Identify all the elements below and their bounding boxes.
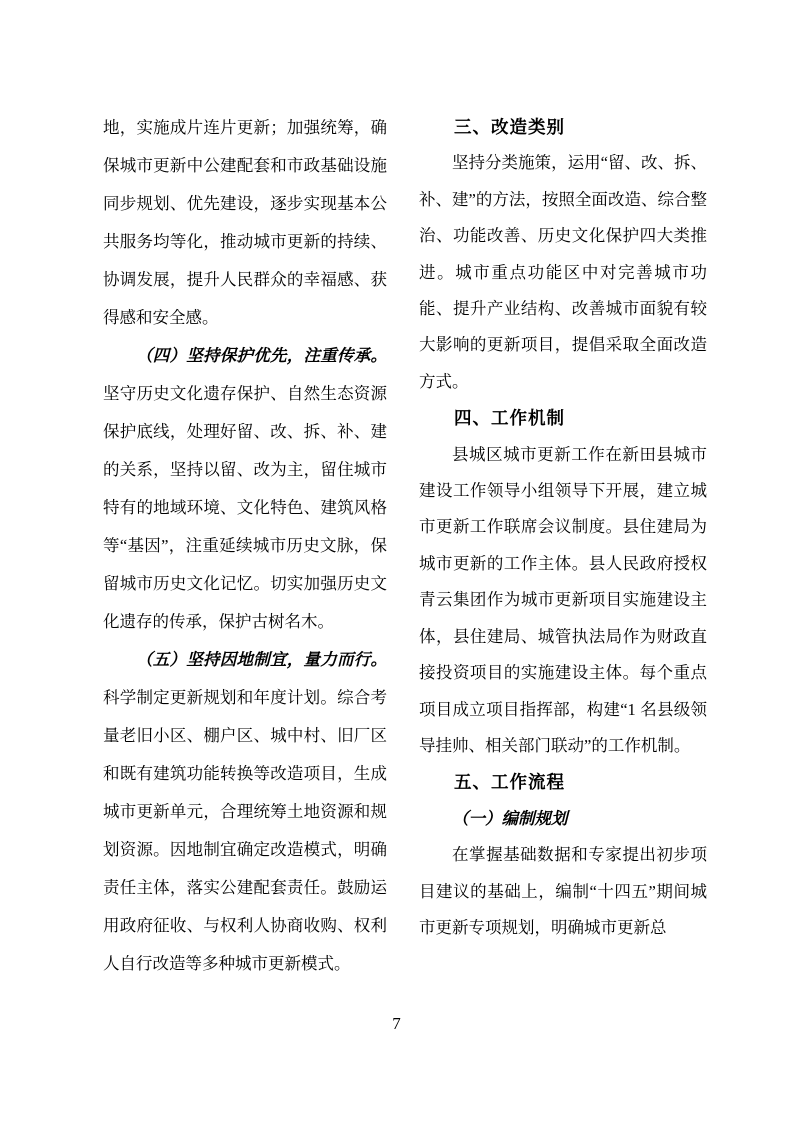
section-heading-4: 四、工作机制 — [419, 400, 707, 436]
paragraph: 在掌握基础数据和专家提出初步项目建议的基础上，编制“十四五”期间城市更新专项规划… — [419, 837, 707, 946]
page-number: 7 — [0, 1012, 793, 1036]
section-heading-5: 五、工作流程 — [419, 764, 707, 800]
clause-heading: （五）坚持因地制宜，量力而行。 — [136, 650, 387, 669]
paragraph: 县城区城市更新工作在新田县城市建设工作领导小组领导下开展，建立城市更新工作联席会… — [419, 437, 707, 765]
paragraph-clause-4: （四）坚持保护优先，注重传承。坚守历史文化遗存保护、自然生态资源保护底线，处理好… — [103, 337, 387, 641]
paragraph: 坚持分类施策，运用“留、改、拆、补、建”的方法，按照全面改造、综合整治、功能改善… — [419, 145, 707, 400]
paragraph-clause-5: （五）坚持因地制宜，量力而行。科学制定更新规划和年度计划。综合考量老旧小区、棚户… — [103, 641, 387, 983]
section-heading-3: 三、改造类别 — [419, 109, 707, 145]
clause-heading: （四）坚持保护优先，注重传承。 — [136, 346, 387, 365]
paragraph-text: 科学制定更新规划和年度计划。综合考量老旧小区、棚户区、城中村、旧厂区和既有建筑功… — [103, 688, 387, 973]
right-text-column: 三、改造类别 坚持分类施策，运用“留、改、拆、补、建”的方法，按照全面改造、综合… — [419, 109, 707, 946]
paragraph-text: 坚守历史文化遗存保护、自然生态资源保护底线，处理好留、改、拆、补、建的关系，坚持… — [103, 384, 387, 631]
left-text-column: 地，实施成片连片更新；加强统筹，确保城市更新中公建配套和市政基础设施同步规划、优… — [103, 109, 387, 983]
subsection-heading-1: （一）编制规划 — [419, 801, 707, 837]
paragraph-continuation: 地，实施成片连片更新；加强统筹，确保城市更新中公建配套和市政基础设施同步规划、优… — [103, 109, 387, 337]
document-page: 地，实施成片连片更新；加强统筹，确保城市更新中公建配套和市政基础设施同步规划、优… — [0, 0, 793, 1122]
